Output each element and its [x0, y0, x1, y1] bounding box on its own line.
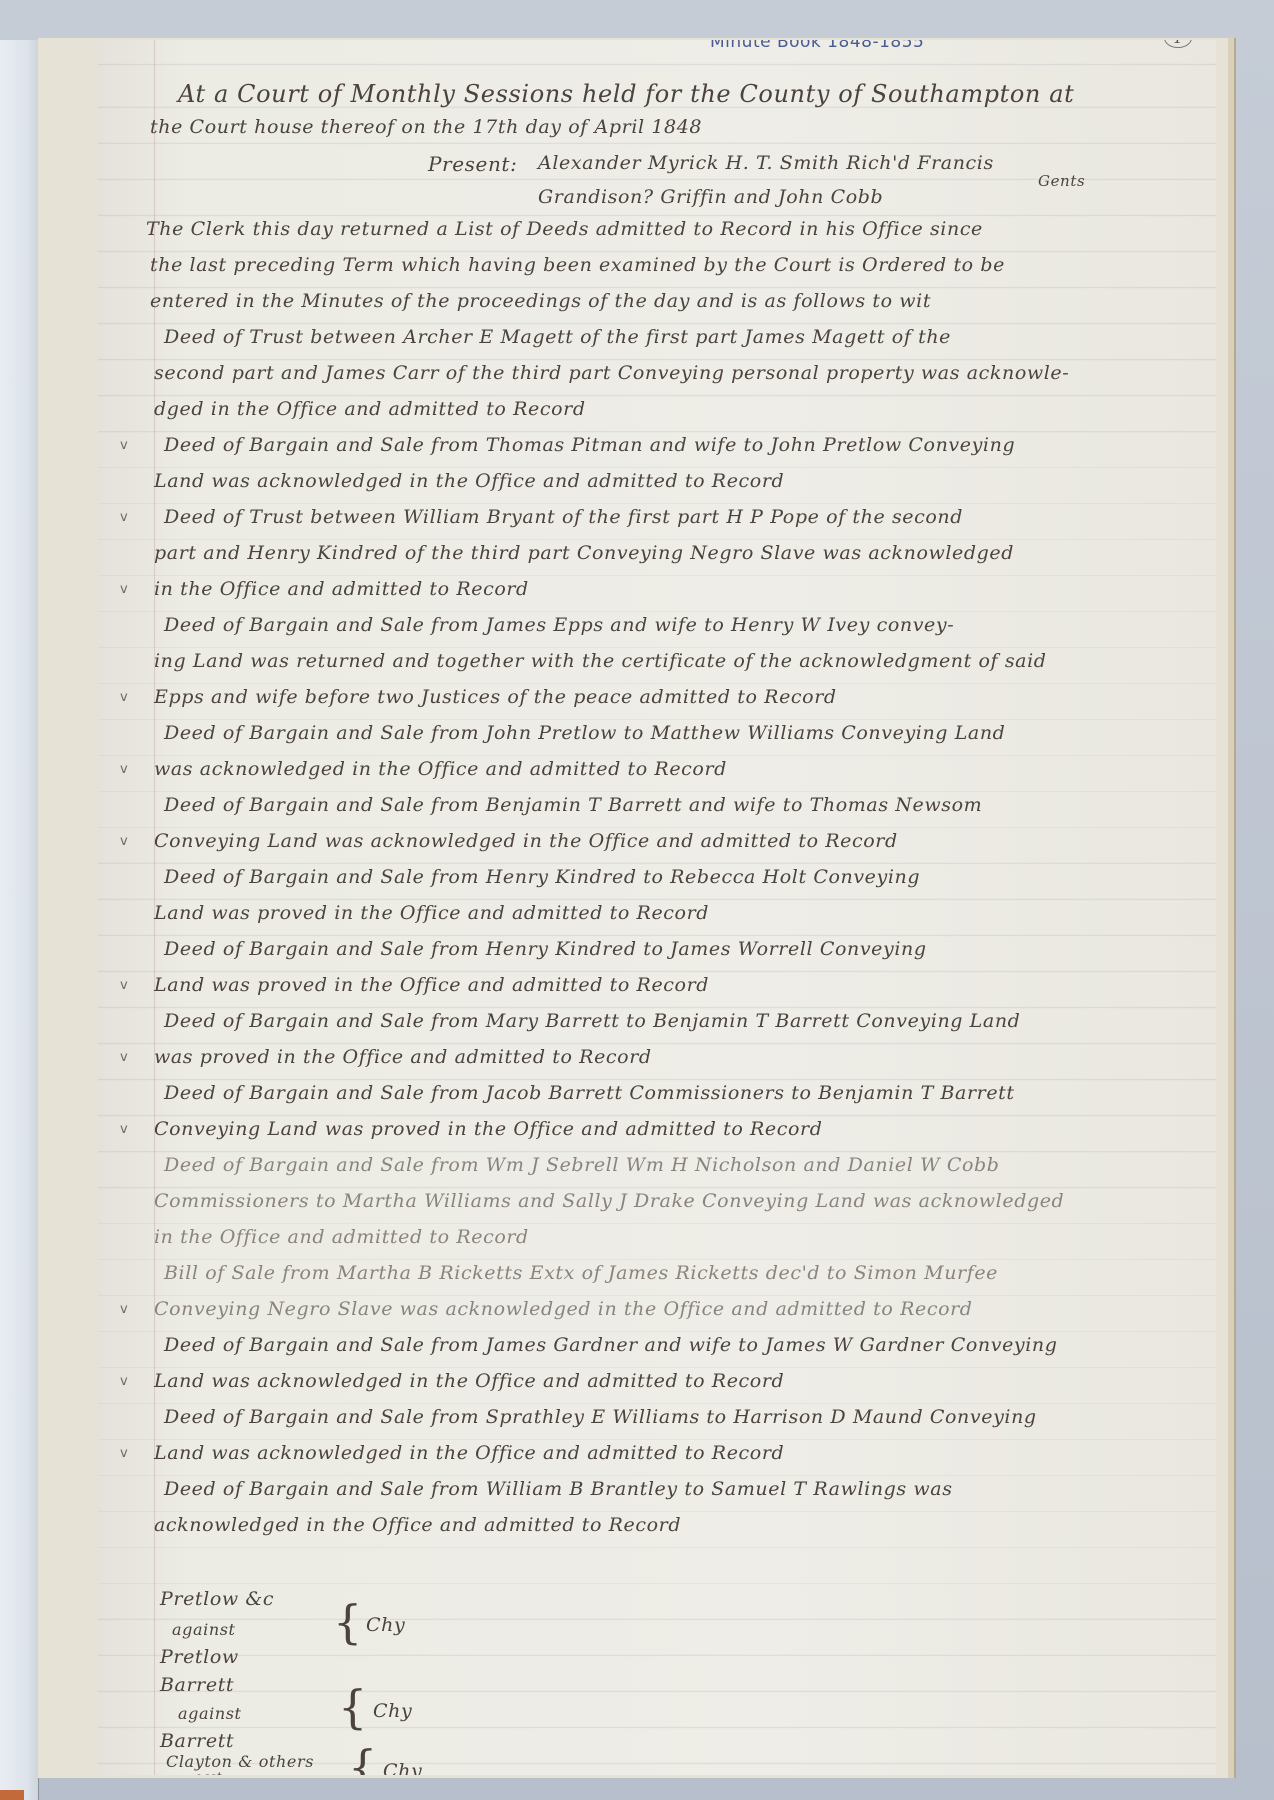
entry-line: Deed of Bargain and Sale from John Pretl… — [164, 722, 1005, 744]
margin-tick: v — [120, 834, 128, 849]
entry-line: acknowledged in the Office and admitted … — [154, 1514, 681, 1536]
entry-line: in the Office and admitted to Record — [154, 578, 529, 600]
margin-tick: v — [120, 510, 128, 525]
case-versus: against — [172, 1620, 236, 1639]
case-court: Chy — [383, 1760, 422, 1775]
entry-line: Conveying Land was acknowledged in the O… — [154, 830, 898, 852]
intro-line-1: The Clerk this day returned a List of De… — [146, 218, 983, 240]
case-court: Chy — [366, 1614, 405, 1636]
case-plaintiff: Barrett — [160, 1674, 234, 1696]
entry-line: was acknowledged in the Office and admit… — [154, 758, 727, 780]
entry-line: Deed of Bargain and Sale from William B … — [164, 1478, 953, 1500]
case-plaintiff: Pretlow &c — [160, 1588, 274, 1610]
case-defendant: Barrett — [160, 1730, 234, 1752]
session-heading-line1: At a Court of Monthly Sessions held for … — [178, 80, 1074, 108]
entry-line: was proved in the Office and admitted to… — [154, 1046, 652, 1068]
margin-tick: v — [120, 978, 128, 993]
entry-line: Deed of Bargain and Sale from Henry Kind… — [164, 866, 920, 888]
entry-line: Conveying Negro Slave was acknowledged i… — [154, 1298, 973, 1320]
margin-tick: v — [120, 1050, 128, 1065]
entry-line: Deed of Trust between William Bryant of … — [164, 506, 963, 528]
session-heading-line2: the Court house thereof on the 17th day … — [150, 116, 702, 138]
intro-line-3: entered in the Minutes of the proceeding… — [150, 290, 931, 312]
intro-line-2: the last preceding Term which having bee… — [150, 254, 1005, 276]
entry-line: Deed of Bargain and Sale from Jacob Barr… — [164, 1082, 1015, 1104]
entry-line: Land was proved in the Office and admitt… — [154, 974, 709, 996]
archive-label: Minute Book 1848-1855 — [710, 40, 924, 52]
case-plaintiff: Clayton & others — [166, 1752, 314, 1771]
entry-line: Conveying Land was proved in the Office … — [154, 1118, 822, 1140]
present-label: Present: — [428, 152, 517, 176]
margin-tick: v — [120, 1122, 128, 1137]
margin-tick: v — [120, 690, 128, 705]
entry-line: Epps and wife before two Justices of the… — [154, 686, 837, 708]
entry-line: Deed of Bargain and Sale from James Gard… — [164, 1334, 1058, 1356]
entry-line: Land was proved in the Office and admitt… — [154, 902, 709, 924]
entry-line: in the Office and admitted to Record — [154, 1226, 529, 1248]
entry-line: Deed of Bargain and Sale from Mary Barre… — [164, 1010, 1020, 1032]
case-defendant: Pretlow — [160, 1646, 239, 1668]
entry-line: part and Henry Kindred of the third part… — [154, 542, 1014, 564]
entry-line: Commissioners to Martha Williams and Sal… — [154, 1190, 1064, 1212]
present-suffix: Gents — [1038, 172, 1085, 190]
entry-line: Deed of Bargain and Sale from Henry Kind… — [164, 938, 927, 960]
entry-line: ing Land was returned and together with … — [154, 650, 1047, 672]
margin-tick: v — [120, 438, 128, 453]
facing-page-edge — [0, 40, 39, 1800]
entry-line: Land was acknowledged in the Office and … — [154, 1370, 784, 1392]
margin-tick: v — [120, 1446, 128, 1461]
margin-tick: v — [120, 762, 128, 777]
entry-line: Deed of Bargain and Sale from Thomas Pit… — [164, 434, 1015, 456]
present-justices-line2: Grandison? Griffin and John Cobb — [538, 186, 883, 208]
entry-line: Deed of Trust between Archer E Magett of… — [164, 326, 951, 348]
entry-line: Land was acknowledged in the Office and … — [154, 1442, 784, 1464]
case-court: Chy — [373, 1700, 412, 1722]
brace-icon: { — [338, 1680, 367, 1734]
margin-tick: v — [120, 582, 128, 597]
case-versus: agst — [194, 1770, 222, 1775]
entry-line: Deed of Bargain and Sale from Wm J Sebre… — [164, 1154, 1000, 1176]
case-versus: against — [178, 1704, 242, 1723]
present-justices-line1: Alexander Myrick H. T. Smith Rich'd Fran… — [538, 152, 994, 174]
margin-tick: v — [120, 1302, 128, 1317]
entry-line: Deed of Bargain and Sale from Benjamin T… — [164, 794, 982, 816]
entry-line: Deed of Bargain and Sale from Sprathley … — [164, 1406, 1037, 1428]
ledger-page: Minute Book 1848-1855 1 At a Court of Mo… — [98, 40, 1216, 1775]
entry-line: Deed of Bargain and Sale from James Epps… — [164, 614, 954, 636]
entry-line: Bill of Sale from Martha B Ricketts Extx… — [164, 1262, 998, 1284]
brace-icon: { — [333, 1595, 362, 1649]
entry-line: dged in the Office and admitted to Recor… — [154, 398, 586, 420]
entry-line: second part and James Carr of the third … — [154, 362, 1069, 384]
margin-tick: v — [120, 1374, 128, 1389]
entry-line: Land was acknowledged in the Office and … — [154, 470, 784, 492]
brace-icon: { — [348, 1740, 377, 1775]
